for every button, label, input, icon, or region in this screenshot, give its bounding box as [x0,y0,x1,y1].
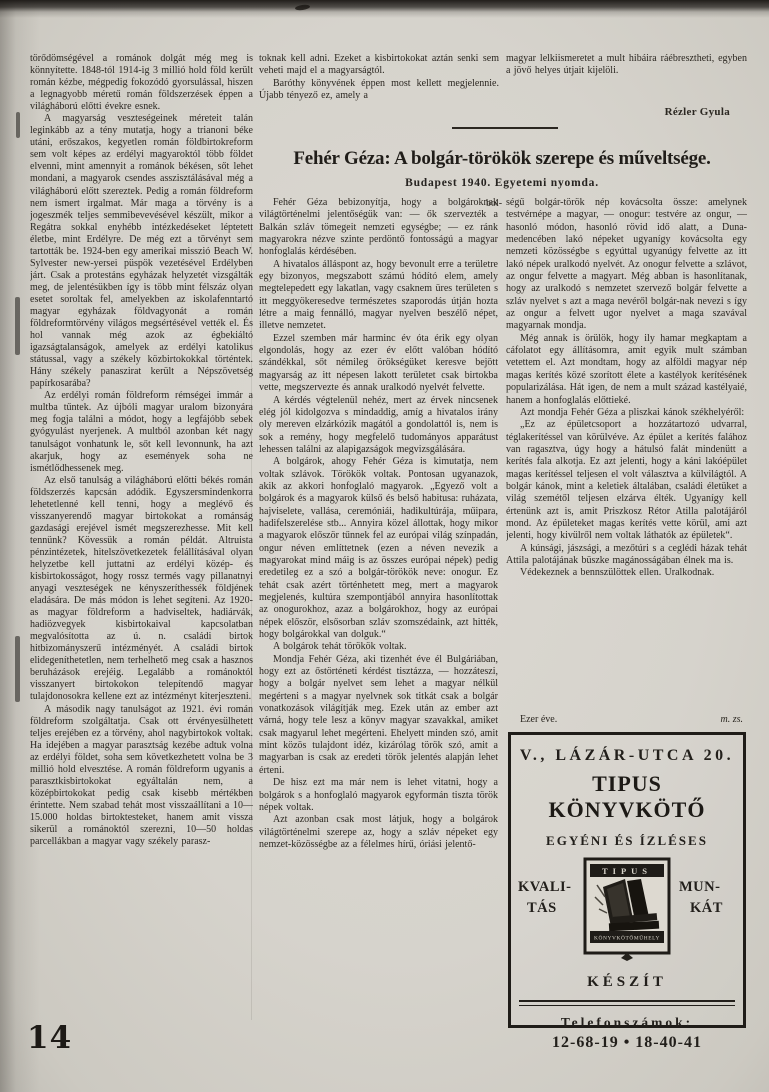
paragraph: Az első tanulság a világháború előtti bé… [30,475,253,704]
paragraph: Baróthy könyvének éppen most kellett meg… [259,78,499,103]
paragraph: A bolgárok tehát törökök voltak. [259,641,498,653]
author-signature: Rézler Gyula [506,106,730,118]
ad-address: V., LÁZÁR-UTCA 20. [511,747,743,765]
article-title: Fehér Géza: A bolgár-törökök szerepe és … [256,148,748,170]
closing-text: Ezer éve. [506,714,557,726]
paragraph: „Ez az épületcsoport a hozzátartozó udva… [506,419,747,542]
ad-divider-rule [519,1000,735,1006]
ad-word-kvalitas: KVALI-TÁS [518,877,576,919]
paragraph: Még annak is örülök, hogy ily hamar megk… [506,333,747,407]
paragraph: Mondja Fehér Géza, aki tizenhét éve él B… [259,654,498,777]
author-initials: m. zs. [720,714,747,726]
article-end-rule [452,127,558,129]
ad-phone-label: Telefonszámok: [511,1015,743,1031]
left-column: törődömségével a románok dolgát még meg … [30,53,253,1015]
ad-word-munkat: MUN-KÁT [679,877,737,919]
paragraph: A kúnsági, jászsági, a mezőtúri s a cegl… [506,543,747,568]
bookbinder-advertisement: V., LÁZÁR-UTCA 20. TIPUS KÖNYVKÖTŐ EGYÉN… [508,732,746,1028]
svg-text:TIPUS: TIPUS [602,866,652,876]
ad-phone-numbers: 12-68-19 • 18-40-41 [511,1034,743,1052]
ad-business-name: TIPUS KÖNYVKÖTŐ [511,771,743,823]
scan-artifact [15,297,20,355]
article-column-middle: Fehér Géza bebizonyítja, hogy a bolgárok… [259,197,498,1019]
paragraph: A második nagy tanulságot az 1921. évi r… [30,704,253,849]
ad-verb: KÉSZÍT [511,974,743,991]
scan-artifact [295,4,311,11]
paragraph: ségű bolgár-török nép kovácsolta össze: … [506,197,747,333]
ad-tagline: EGYÉNI ÉS ÍZLÉSES [511,833,743,849]
paragraph: Azt mondja Fehér Géza a pliszkai kánok s… [506,407,747,419]
books-emblem-icon: TIPUS KÖNYVKÖTŐMŰHELY [583,857,671,961]
paragraph: A hivatalos álláspont az, hogy bevonult … [259,259,498,333]
article-headline: Fehér Géza: A bolgár-törökök szerepe és … [256,148,748,189]
paragraph: Ezzel szemben már harminc év óta érik eg… [259,333,498,395]
svg-text:KÖNYVKÖTŐMŰHELY: KÖNYVKÖTŐMŰHELY [594,934,660,942]
scan-artifact [15,636,20,702]
paragraph: toknak kell adni. Ezeket a kisbirtokokat… [259,53,499,78]
paragraph: A magyarság veszteségeinek méreteit talá… [30,113,253,390]
paragraph: Fehér Géza bebizonyítja, hogy a bolgárok… [259,197,498,259]
paragraph: A kérdés végtelenül nehéz, mert az érvek… [259,395,498,457]
paragraph: Védekeznek a bennszülöttek ellen. Uralko… [506,567,747,579]
article-column-right: ségű bolgár-török nép kovácsolta össze: … [506,197,747,725]
article-closing-line: Ezer éve. m. zs. [506,712,747,726]
page-number: 14 [27,1020,72,1056]
paragraph: Azt azonban csak most látjuk, hogy a bol… [259,814,498,851]
paragraph: törődömségével a románok dolgát még meg … [30,53,253,113]
scanned-newspaper-page: törődömségével a románok dolgát még meg … [0,0,769,1092]
paragraph: Az erdélyi román földreform rémségei imm… [30,390,253,474]
scan-artifact [16,112,20,138]
article-subtitle: Budapest 1940. Egyetemi nyomda. [256,177,748,189]
print-artifact-fragment: bol- [486,198,502,209]
right-column-top: magyar lelkiismeretet a mult hibáira ráé… [506,53,747,103]
middle-column-top: toknak kell adni. Ezeket a kisbirtokokat… [259,53,499,121]
paragraph: magyar lelkiismeretet a mult hibáira ráé… [506,53,747,78]
paragraph: A bolgárok, ahogy Fehér Géza is kimutatj… [259,456,498,641]
paragraph: De hisz ezt ma már nem is lehet vitatni,… [259,777,498,814]
